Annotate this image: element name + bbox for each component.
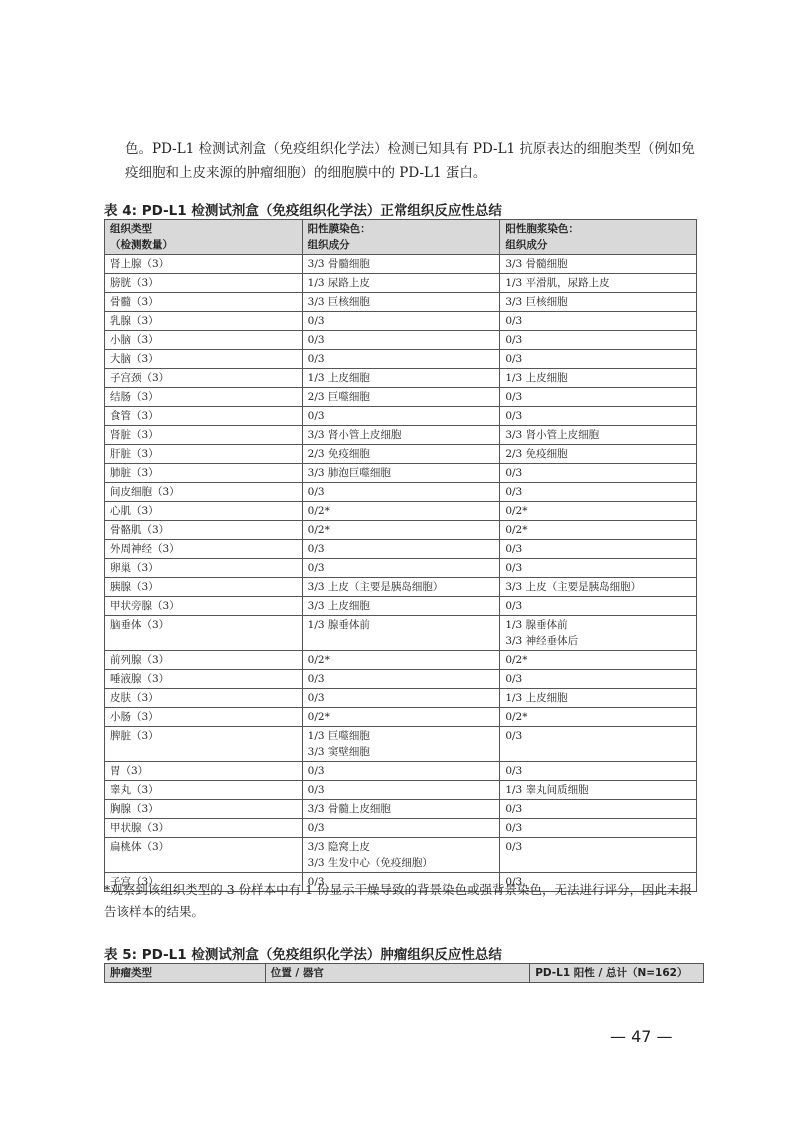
membrane-staining-cell: 0/3 [302,781,500,800]
cell-line: 0/3 [505,465,691,481]
tissue-type-cell: 膀胱（3） [105,274,303,293]
cell-line: 0/3 [505,351,691,367]
cell-line: 0/3 [505,541,691,557]
header-line: 组织成分 [505,237,691,253]
cell-line: 小肠（3） [110,709,297,725]
membrane-staining-cell: 0/3 [302,350,500,369]
cell-line: 0/3 [308,541,495,557]
cell-line: 0/3 [505,763,691,779]
table-row: 甲状旁腺（3）3/3 上皮细胞0/3 [105,597,697,616]
tissue-type-cell: 唾液腺（3） [105,670,303,689]
membrane-staining-cell: 0/3 [302,312,500,331]
table-row: 外周神经（3）0/30/3 [105,540,697,559]
membrane-staining-cell: 3/3 巨核细胞 [302,293,500,312]
tissue-type-cell: 大脑（3） [105,350,303,369]
table-row: 骨骼肌（3）0/2*0/2* [105,521,697,540]
cell-line: 3/3 窦壁细胞 [308,744,495,760]
cell-line: 3/3 生发中心（免疫细胞） [308,855,495,871]
header-line: 阳性膜染色： [308,221,495,237]
table-row: 胰腺（3）3/3 上皮（主要是胰岛细胞）3/3 上皮（主要是胰岛细胞） [105,578,697,597]
tissue-type-cell: 胃（3） [105,762,303,781]
table-row: 睾丸（3）0/31/3 睾丸间质细胞 [105,781,697,800]
cell-line: 3/3 巨核细胞 [308,294,495,310]
table-row: 乳腺（3）0/30/3 [105,312,697,331]
cell-line: 0/2* [308,709,495,725]
intro-paragraph: 色。PD-L1 检测试剂盒（免疫组织化学法）检测已知具有 PD-L1 抗原表达的… [125,137,695,185]
tissue-type-cell: 食管（3） [105,407,303,426]
cell-line: 1/3 睾丸间质细胞 [505,782,691,798]
membrane-staining-cell: 0/3 [302,689,500,708]
membrane-staining-cell: 0/3 [302,762,500,781]
cytoplasm-staining-cell: 0/3 [500,540,697,559]
cell-line: 0/2* [308,652,495,668]
tissue-type-cell: 肾上腺（3） [105,255,303,274]
tissue-type-cell: 脾脏（3） [105,727,303,762]
membrane-staining-cell: 3/3 骨髓细胞 [302,255,500,274]
table-row: 皮肤（3）0/31/3 上皮细胞 [105,689,697,708]
cell-line: 0/3 [308,313,495,329]
cell-line: 0/3 [308,763,495,779]
table-row: 唾液腺（3）0/30/3 [105,670,697,689]
cytoplasm-staining-cell: 1/3 上皮细胞 [500,689,697,708]
cell-line: 0/3 [308,560,495,576]
cell-line: 脑垂体（3） [110,617,297,633]
cell-line: 0/3 [505,598,691,614]
membrane-staining-cell: 0/2* [302,502,500,521]
cell-line: 间皮细胞（3） [110,484,297,500]
cell-line: 0/3 [505,728,691,744]
cell-line: 2/3 免疫细胞 [505,446,691,462]
cell-line: 0/3 [505,839,691,855]
table-row: 甲状腺（3）0/30/3 [105,819,697,838]
table-row: 卵巢（3）0/30/3 [105,559,697,578]
membrane-staining-cell: 1/3 腺垂体前 [302,616,500,651]
cytoplasm-staining-cell: 0/3 [500,407,697,426]
table5-header-cell: 肿瘤类型 [105,964,266,983]
cell-line: 0/3 [308,408,495,424]
header-line: （检测数量） [110,237,297,253]
tissue-type-cell: 胸腺（3） [105,800,303,819]
cell-line: 乳腺（3） [110,313,297,329]
cell-line: 0/3 [505,671,691,687]
cell-line: 皮肤（3） [110,690,297,706]
cell-line: 3/3 肾小管上皮细胞 [505,427,691,443]
tissue-type-cell: 肾脏（3） [105,426,303,445]
tissue-type-cell: 小脑（3） [105,331,303,350]
cell-line: 子宫颈（3） [110,370,297,386]
cell-line: 3/3 肺泡巨噬细胞 [308,465,495,481]
table-row: 食管（3）0/30/3 [105,407,697,426]
table5-header-cell: 位置 / 器官 [265,964,529,983]
cytoplasm-staining-cell: 0/3 [500,727,697,762]
cytoplasm-staining-cell: 3/3 肾小管上皮细胞 [500,426,697,445]
cytoplasm-staining-cell: 0/2* [500,651,697,670]
table5-tumor-tissue-reactivity: 肿瘤类型位置 / 器官PD-L1 阳性 / 总计（N=162） [104,963,704,983]
table-row: 骨髓（3）3/3 巨核细胞3/3 巨核细胞 [105,293,697,312]
membrane-staining-cell: 0/2* [302,521,500,540]
tissue-type-cell: 皮肤（3） [105,689,303,708]
cell-line: 1/3 巨噬细胞 [308,728,495,744]
table4-caption: 表 4: PD-L1 检测试剂盒（免疫组织化学法）正常组织反应性总结 [104,199,502,219]
table-row: 结肠（3）2/3 巨噬细胞0/3 [105,388,697,407]
cytoplasm-staining-cell: 1/3 腺垂体前3/3 神经垂体后 [500,616,697,651]
tissue-type-cell: 乳腺（3） [105,312,303,331]
cell-line: 脾脏（3） [110,728,297,744]
cytoplasm-staining-cell: 0/3 [500,464,697,483]
membrane-staining-cell: 0/3 [302,331,500,350]
tissue-type-cell: 间皮细胞（3） [105,483,303,502]
tissue-type-cell: 睾丸（3） [105,781,303,800]
membrane-staining-cell: 0/3 [302,559,500,578]
cytoplasm-staining-cell: 0/3 [500,331,697,350]
table-row: 肾上腺（3）3/3 骨髓细胞3/3 骨髓细胞 [105,255,697,274]
cytoplasm-staining-cell: 3/3 巨核细胞 [500,293,697,312]
membrane-staining-cell: 3/3 隐窝上皮3/3 生发中心（免疫细胞） [302,838,500,873]
cell-line: 0/3 [505,820,691,836]
cell-line: 0/3 [505,389,691,405]
cytoplasm-staining-cell: 1/3 睾丸间质细胞 [500,781,697,800]
table-row: 子宫颈（3）1/3 上皮细胞1/3 上皮细胞 [105,369,697,388]
cell-line: 3/3 肾小管上皮细胞 [308,427,495,443]
tissue-type-cell: 骨髓（3） [105,293,303,312]
table-row: 脑垂体（3）1/3 腺垂体前1/3 腺垂体前3/3 神经垂体后 [105,616,697,651]
cytoplasm-staining-cell: 2/3 免疫细胞 [500,445,697,464]
cell-line: 0/2* [505,652,691,668]
table4-body: 肾上腺（3）3/3 骨髓细胞3/3 骨髓细胞膀胱（3）1/3 尿路上皮1/3 平… [105,255,697,892]
cytoplasm-staining-cell: 1/3 上皮细胞 [500,369,697,388]
cell-line: 前列腺（3） [110,652,297,668]
membrane-staining-cell: 2/3 巨噬细胞 [302,388,500,407]
cytoplasm-staining-cell: 0/3 [500,762,697,781]
cell-line: 0/2* [505,522,691,538]
cell-line: 0/3 [308,332,495,348]
cell-line: 肾脏（3） [110,427,297,443]
cell-line: 胰腺（3） [110,579,297,595]
cell-line: 唾液腺（3） [110,671,297,687]
cell-line: 0/3 [505,332,691,348]
cell-line: 1/3 上皮细胞 [308,370,495,386]
cell-line: 0/2* [308,522,495,538]
header-line: 组织类型 [110,221,297,237]
tissue-type-cell: 胰腺（3） [105,578,303,597]
cell-line: 结肠（3） [110,389,297,405]
table4-header-cell: 组织类型（检测数量） [105,220,303,255]
cytoplasm-staining-cell: 3/3 骨髓细胞 [500,255,697,274]
table-row: 肺脏（3）3/3 肺泡巨噬细胞0/3 [105,464,697,483]
cell-line: 食管（3） [110,408,297,424]
table-row: 膀胱（3）1/3 尿路上皮1/3 平滑肌，尿路上皮 [105,274,697,293]
table-row: 前列腺（3）0/2*0/2* [105,651,697,670]
cell-line: 2/3 巨噬细胞 [308,389,495,405]
membrane-staining-cell: 1/3 尿路上皮 [302,274,500,293]
membrane-staining-cell: 3/3 肾小管上皮细胞 [302,426,500,445]
table4-header-row: 组织类型（检测数量）阳性膜染色：组织成分阳性胞浆染色：组织成分 [105,220,697,255]
cytoplasm-staining-cell: 0/3 [500,559,697,578]
cell-line: 0/2* [505,503,691,519]
cell-line: 3/3 上皮细胞 [308,598,495,614]
cytoplasm-staining-cell: 0/3 [500,838,697,873]
cell-line: 0/3 [308,484,495,500]
membrane-staining-cell: 3/3 肺泡巨噬细胞 [302,464,500,483]
tissue-type-cell: 扁桃体（3） [105,838,303,873]
cell-line: 扁桃体（3） [110,839,297,855]
cell-line: 0/3 [505,313,691,329]
cell-line: 1/3 腺垂体前 [308,617,495,633]
table-row: 小脑（3）0/30/3 [105,331,697,350]
membrane-staining-cell: 0/3 [302,483,500,502]
table-row: 胸腺（3）3/3 骨髓上皮细胞0/3 [105,800,697,819]
cell-line: 胸腺（3） [110,801,297,817]
cytoplasm-staining-cell: 0/2* [500,502,697,521]
cell-line: 0/3 [308,690,495,706]
table5-header-row: 肿瘤类型位置 / 器官PD-L1 阳性 / 总计（N=162） [105,964,704,983]
cell-line: 3/3 上皮（主要是胰岛细胞） [308,579,495,595]
cell-line: 2/3 免疫细胞 [308,446,495,462]
tissue-type-cell: 外周神经（3） [105,540,303,559]
table-row: 肾脏（3）3/3 肾小管上皮细胞3/3 肾小管上皮细胞 [105,426,697,445]
tissue-type-cell: 心肌（3） [105,502,303,521]
cell-line: 骨骼肌（3） [110,522,297,538]
table4-footnote: *观察到该组织类型的 3 份样本中有 1 份显示干燥导致的背景染色或强背景染色，… [104,879,704,923]
cell-line: 小脑（3） [110,332,297,348]
cell-line: 3/3 骨髓细胞 [505,256,691,272]
cell-line: 心肌（3） [110,503,297,519]
cell-line: 卵巢（3） [110,560,297,576]
cytoplasm-staining-cell: 0/2* [500,521,697,540]
tissue-type-cell: 前列腺（3） [105,651,303,670]
cell-line: 3/3 骨髓细胞 [308,256,495,272]
cytoplasm-staining-cell: 0/3 [500,388,697,407]
cell-line: 3/3 巨核细胞 [505,294,691,310]
table4-normal-tissue-reactivity: 组织类型（检测数量）阳性膜染色：组织成分阳性胞浆染色：组织成分 肾上腺（3）3/… [104,219,697,892]
membrane-staining-cell: 1/3 上皮细胞 [302,369,500,388]
cell-line: 0/3 [308,671,495,687]
table-row: 小肠（3）0/2*0/2* [105,708,697,727]
table-row: 胃（3）0/30/3 [105,762,697,781]
cell-line: 睾丸（3） [110,782,297,798]
cell-line: 肝脏（3） [110,446,297,462]
membrane-staining-cell: 3/3 骨髓上皮细胞 [302,800,500,819]
table-row: 大脑（3）0/30/3 [105,350,697,369]
cytoplasm-staining-cell: 0/2* [500,708,697,727]
cytoplasm-staining-cell: 0/3 [500,800,697,819]
cytoplasm-staining-cell: 0/3 [500,483,697,502]
cell-line: 外周神经（3） [110,541,297,557]
table-row: 扁桃体（3）3/3 隐窝上皮3/3 生发中心（免疫细胞）0/3 [105,838,697,873]
cell-line: 3/3 隐窝上皮 [308,839,495,855]
cell-line: 3/3 骨髓上皮细胞 [308,801,495,817]
cell-line: 0/3 [505,560,691,576]
membrane-staining-cell: 0/3 [302,407,500,426]
table-row: 脾脏（3）1/3 巨噬细胞3/3 窦壁细胞0/3 [105,727,697,762]
header-line: 阳性胞浆染色： [505,221,691,237]
cell-line: 1/3 尿路上皮 [308,275,495,291]
tissue-type-cell: 卵巢（3） [105,559,303,578]
cell-line: 0/3 [505,801,691,817]
table4-header-cell: 阳性膜染色：组织成分 [302,220,500,255]
membrane-staining-cell: 2/3 免疫细胞 [302,445,500,464]
table-row: 肝脏（3）2/3 免疫细胞2/3 免疫细胞 [105,445,697,464]
cell-line: 膀胱（3） [110,275,297,291]
cell-line: 0/3 [505,408,691,424]
cell-line: 1/3 上皮细胞 [505,370,691,386]
cell-line: 甲状腺（3） [110,820,297,836]
table5-caption: 表 5: PD-L1 检测试剂盒（免疫组织化学法）肿瘤组织反应性总结 [104,943,502,963]
cell-line: 骨髓（3） [110,294,297,310]
tissue-type-cell: 脑垂体（3） [105,616,303,651]
cell-line: 0/2* [308,503,495,519]
membrane-staining-cell: 3/3 上皮细胞 [302,597,500,616]
cell-line: 胃（3） [110,763,297,779]
table-row: 间皮细胞（3）0/30/3 [105,483,697,502]
tissue-type-cell: 肝脏（3） [105,445,303,464]
cell-line: 大脑（3） [110,351,297,367]
header-line: 组织成分 [308,237,495,253]
membrane-staining-cell: 0/2* [302,708,500,727]
cell-line: 肾上腺（3） [110,256,297,272]
membrane-staining-cell: 0/3 [302,819,500,838]
cytoplasm-staining-cell: 0/3 [500,670,697,689]
cytoplasm-staining-cell: 0/3 [500,350,697,369]
tissue-type-cell: 子宫颈（3） [105,369,303,388]
membrane-staining-cell: 0/2* [302,651,500,670]
page-number: — 47 — [610,1027,673,1046]
membrane-staining-cell: 0/3 [302,670,500,689]
cytoplasm-staining-cell: 3/3 上皮（主要是胰岛细胞） [500,578,697,597]
cell-line: 1/3 上皮细胞 [505,690,691,706]
tissue-type-cell: 小肠（3） [105,708,303,727]
cytoplasm-staining-cell: 1/3 平滑肌，尿路上皮 [500,274,697,293]
tissue-type-cell: 肺脏（3） [105,464,303,483]
table-row: 心肌（3）0/2*0/2* [105,502,697,521]
cell-line: 1/3 腺垂体前 [505,617,691,633]
cell-line: 0/3 [308,351,495,367]
cell-line: 3/3 上皮（主要是胰岛细胞） [505,579,691,595]
cell-line: 1/3 平滑肌，尿路上皮 [505,275,691,291]
tissue-type-cell: 甲状旁腺（3） [105,597,303,616]
tissue-type-cell: 甲状腺（3） [105,819,303,838]
table4-header-cell: 阳性胞浆染色：组织成分 [500,220,697,255]
cell-line: 0/3 [505,484,691,500]
table5-header-cell: PD-L1 阳性 / 总计（N=162） [530,964,704,983]
membrane-staining-cell: 3/3 上皮（主要是胰岛细胞） [302,578,500,597]
cell-line: 肺脏（3） [110,465,297,481]
cell-line: 甲状旁腺（3） [110,598,297,614]
cytoplasm-staining-cell: 0/3 [500,312,697,331]
cell-line: 0/2* [505,709,691,725]
cytoplasm-staining-cell: 0/3 [500,819,697,838]
cell-line: 3/3 神经垂体后 [505,633,691,649]
membrane-staining-cell: 1/3 巨噬细胞3/3 窦壁细胞 [302,727,500,762]
tissue-type-cell: 结肠（3） [105,388,303,407]
tissue-type-cell: 骨骼肌（3） [105,521,303,540]
cytoplasm-staining-cell: 0/3 [500,597,697,616]
cell-line: 0/3 [308,820,495,836]
membrane-staining-cell: 0/3 [302,540,500,559]
cell-line: 0/3 [308,782,495,798]
